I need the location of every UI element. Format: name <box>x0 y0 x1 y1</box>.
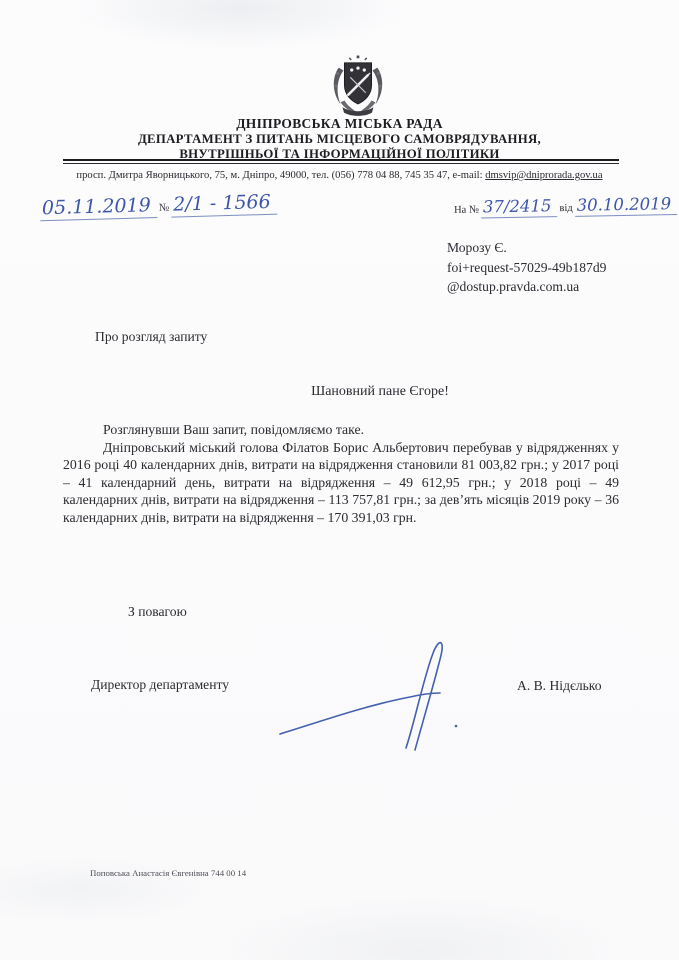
signature-stroke <box>268 636 473 754</box>
outgoing-reference: 05.11.2019№2/1 - 1566 <box>40 191 277 222</box>
signer-name: А. В. Нідєлько <box>517 678 602 694</box>
incoming-number-label: На № <box>454 204 479 215</box>
header-rule <box>63 159 619 164</box>
number-sign: № <box>159 202 170 214</box>
recipient-email-line2: @dostup.pravda.com.ua <box>447 277 606 297</box>
dept-name-line1: ДЕПАРТАМЕНТ З ПИТАНЬ МІСЦЕВОГО САМОВРЯДУ… <box>0 132 679 147</box>
outgoing-number-handwritten: 2/1 - 1566 <box>171 191 277 218</box>
address-text: просп. Дмитра Яворницького, 75, м. Дніпр… <box>76 170 485 181</box>
incoming-date-handwritten: 30.10.2019 <box>574 194 677 217</box>
executor-note: Поповська Анастасія Євгенівна 744 00 14 <box>90 868 246 878</box>
org-email-text: dmsvip@dniprorada.gov.ua <box>485 170 602 181</box>
scanned-letter-page: ДНІПРОВСЬКА МІСЬКА РАДА ДЕПАРТАМЕНТ З ПИ… <box>0 0 679 960</box>
signer-position: Директор департаменту <box>91 677 229 693</box>
letterhead: ДНІПРОВСЬКА МІСЬКА РАДА ДЕПАРТАМЕНТ З ПИ… <box>0 116 679 162</box>
address-line: просп. Дмитра Яворницького, 75, м. Дніпр… <box>0 170 679 181</box>
recipient-name: Морозу Є. <box>447 238 606 258</box>
salutation: Шановний пане Єгоре! <box>63 384 617 400</box>
main-paragraph: Дніпровський міський голова Філатов Бори… <box>63 439 619 527</box>
regards-line: З повагою <box>128 604 187 620</box>
city-emblem-icon <box>329 54 387 118</box>
intro-paragraph: Розглянувши Ваш запит, повідомляємо таке… <box>63 421 619 439</box>
recipient-email-line1: foi+request-57029-49b187d9 <box>447 258 606 278</box>
recipient-block: Морозу Є. foi+request-57029-49b187d9 @do… <box>447 238 606 297</box>
incoming-number-handwritten: 37/2415 <box>481 196 558 218</box>
body-text: Розглянувши Ваш запит, повідомляємо таке… <box>63 421 619 527</box>
subject-line: Про розгляд запиту <box>95 329 207 345</box>
incoming-date-label: від <box>559 203 572 214</box>
org-name: ДНІПРОВСЬКА МІСЬКА РАДА <box>0 116 679 132</box>
outgoing-date-handwritten: 05.11.2019 <box>40 194 157 221</box>
incoming-reference: На №37/2415від30.10.2019 <box>452 194 677 219</box>
